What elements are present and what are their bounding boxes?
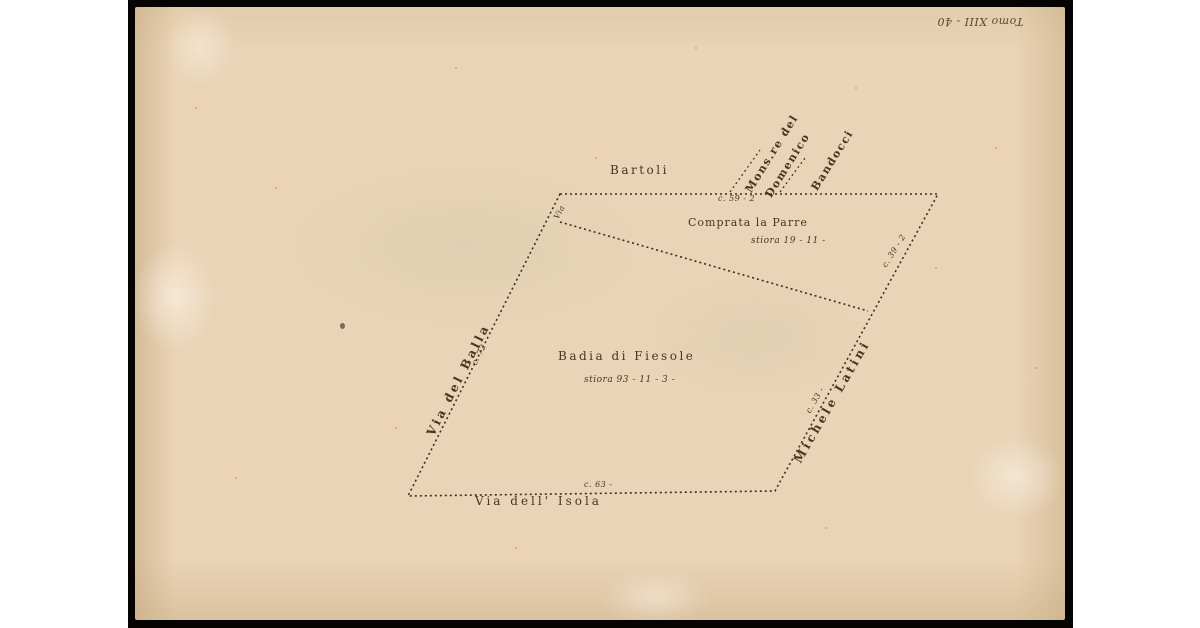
neighbor-label-north: Bartoli [610,163,669,177]
parcel-area-comprata: stiora 19 - 11 - [751,236,826,246]
catalog-mark: Tomo XIII - 40 [937,15,1023,28]
boundary-lines [0,0,1200,628]
parcel-name-comprata: Comprata la Parre [688,216,808,229]
road-label-south: Via dell' Isola [475,494,602,508]
parcel-name-badia: Badia di Fiesole [558,349,695,363]
parcel-area-badia: stiora 93 - 11 - 3 - [584,375,675,385]
measure-south-edge: c. 63 - [584,480,613,489]
measure-north-edge: c. 59 - 2 [718,194,755,203]
